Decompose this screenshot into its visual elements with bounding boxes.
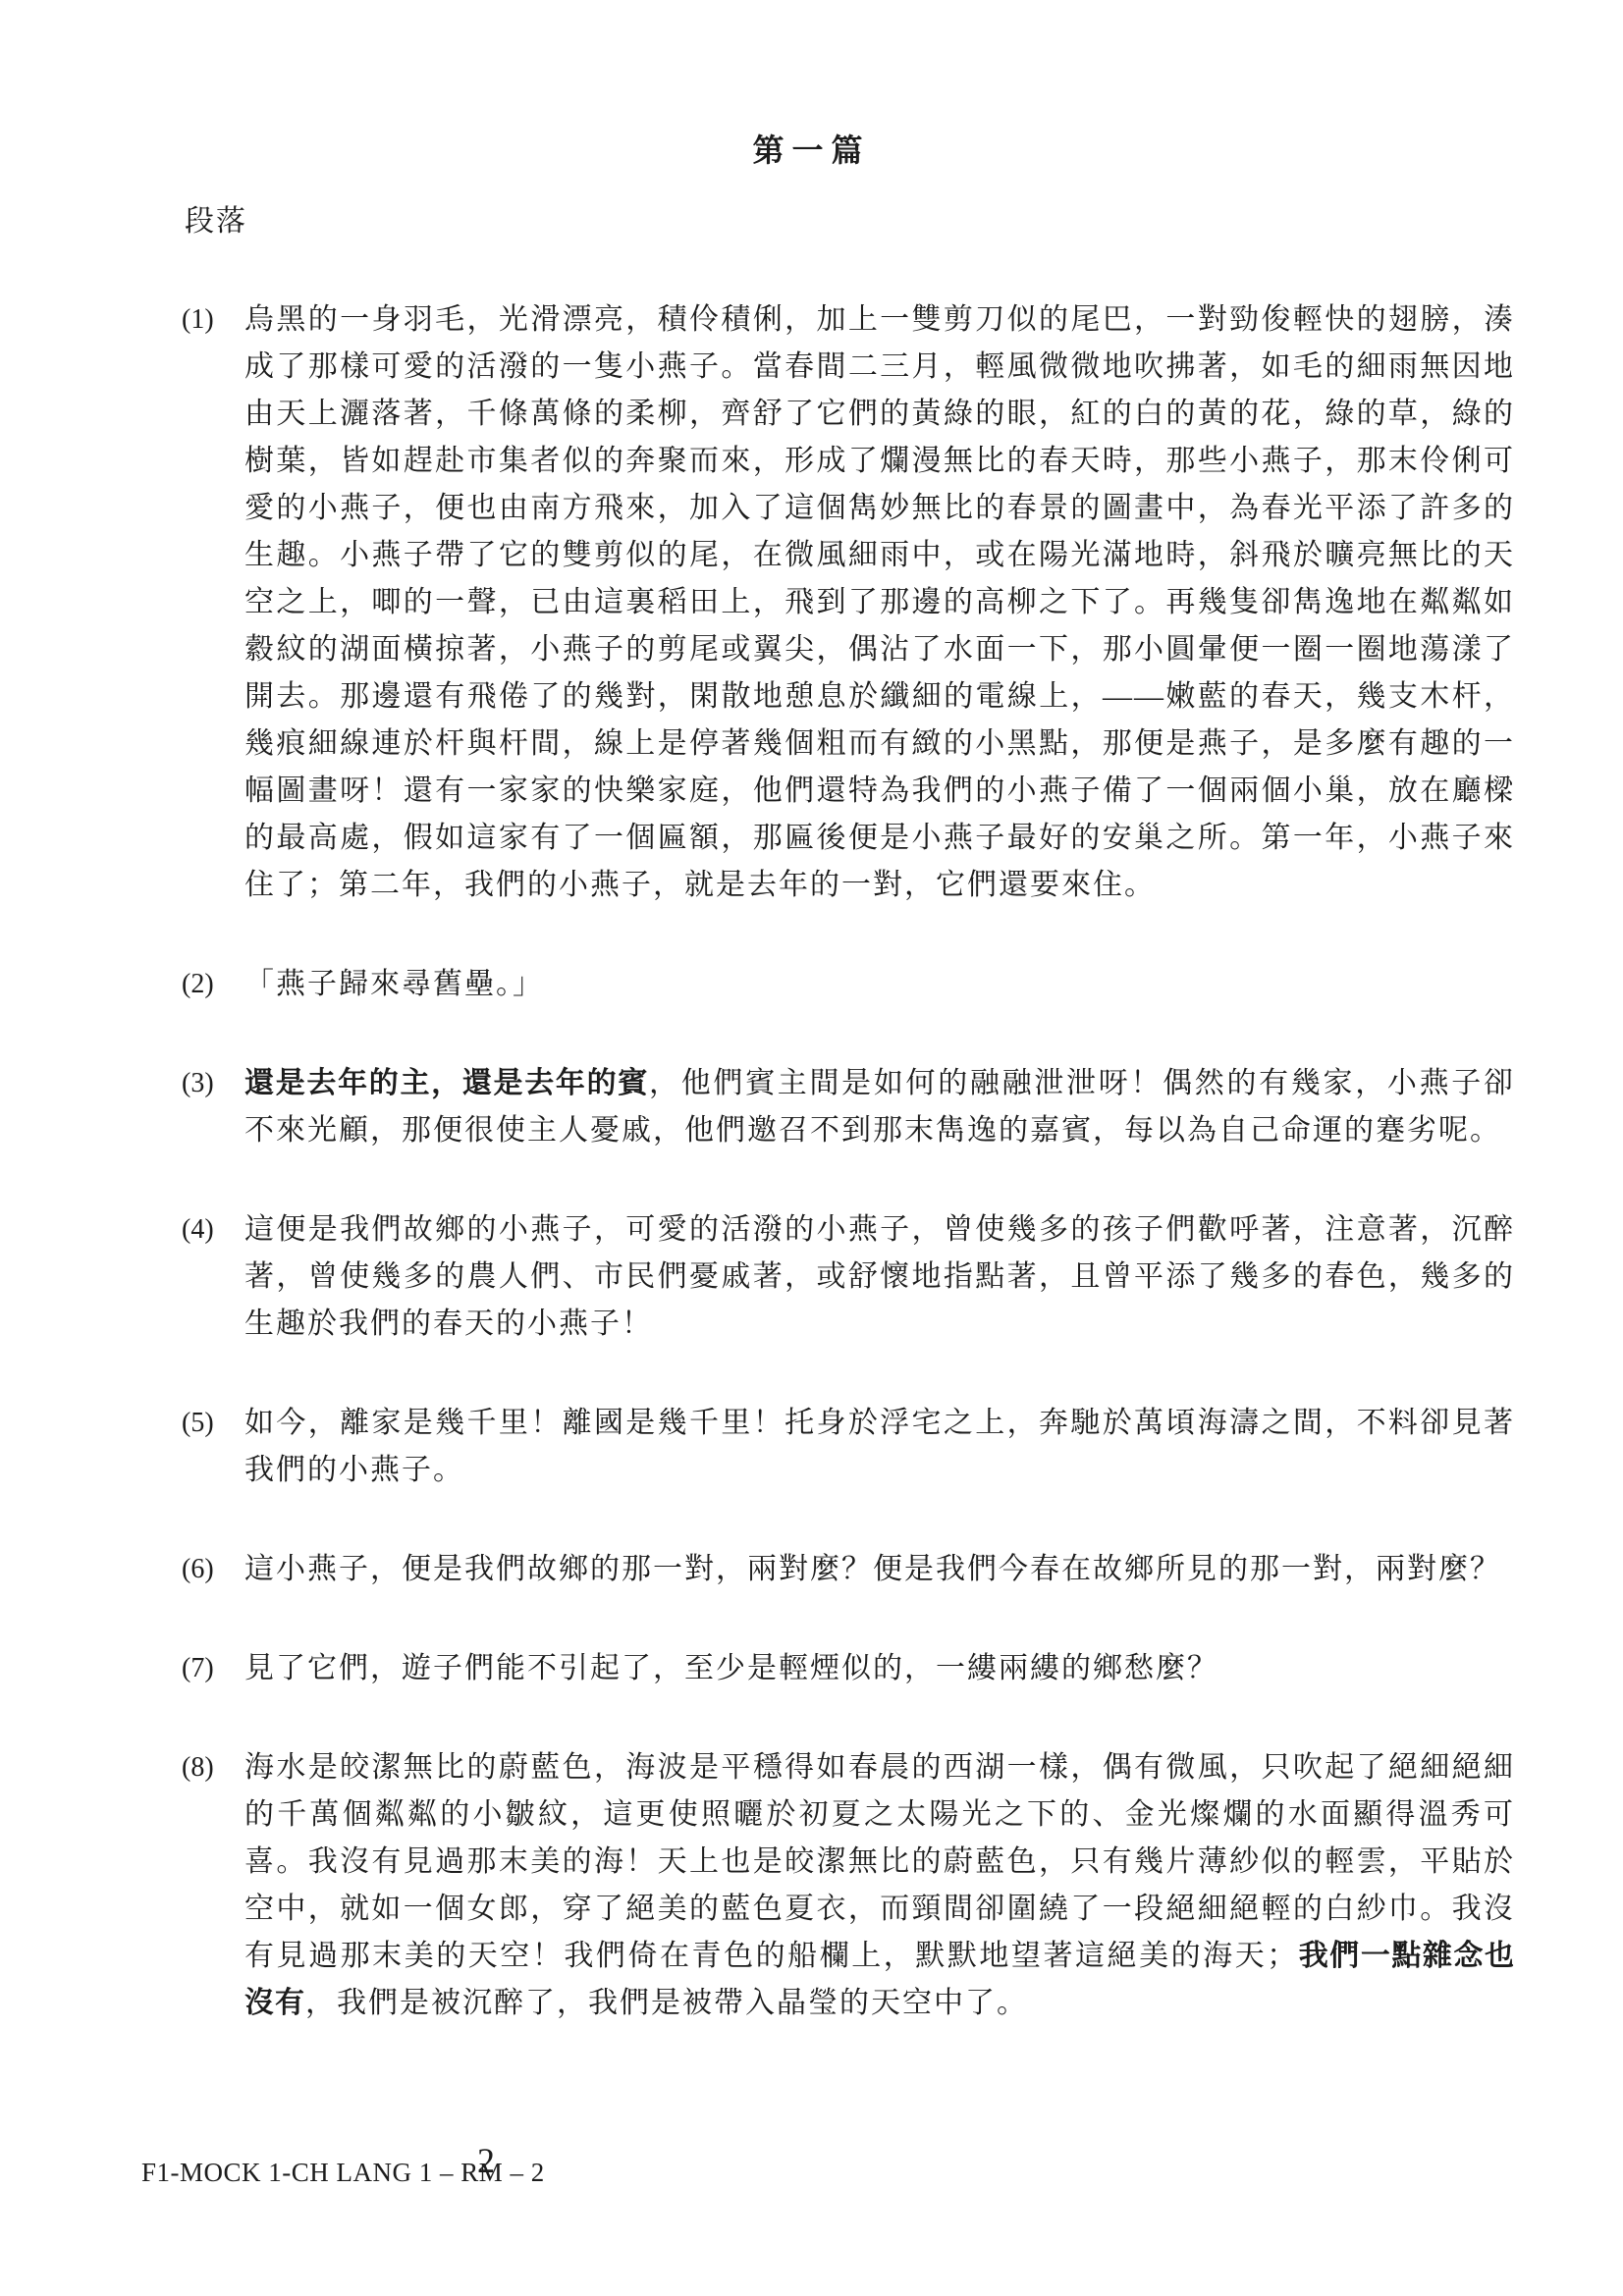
paragraph-text: 「燕子歸來尋舊壘。」 [244,961,1515,1008]
paragraph-text: 如今，離家是幾千里！離國是幾千里！托身於浮宅之上，奔馳於萬頃海濤之間，不料卻見著… [244,1400,1515,1494]
text-run: ，我們是被沉醉了，我們是被帶入晶瑩的天空中了。 [305,1987,1028,2019]
paragraph: (8)海水是皎潔無比的蔚藍色，海波是平穩得如春晨的西湖一樣，偶有微風，只吹起了絕… [182,1744,1515,2027]
paragraph-number: (3) [182,1060,244,1107]
paragraph-number: (2) [182,961,244,1008]
document-page: 第一篇 段落 (1)烏黑的一身羽毛，光滑漂亮，積伶積俐，加上一雙剪刀似的尾巴，一… [0,0,1623,2296]
text-run: 烏黑的一身羽毛，光滑漂亮，積伶積俐，加上一雙剪刀似的尾巴，一對勁俊輕快的翅膀，湊… [244,303,1515,901]
paragraph: (6)這小燕子，便是我們故鄉的那一對，兩對麼？便是我們今春在故鄉所見的那一對，兩… [182,1546,1515,1593]
paragraph-number: (7) [182,1645,244,1692]
paragraph: (2)「燕子歸來尋舊壘。」 [182,961,1515,1008]
section-label: 段落 [185,196,1623,240]
paragraph-text: 這小燕子，便是我們故鄉的那一對，兩對麼？便是我們今春在故鄉所見的那一對，兩對麼？ [244,1546,1515,1593]
text-run: 這便是我們故鄉的小燕子，可愛的活潑的小燕子，曾使幾多的孩子們歡呼著，注意著，沉醉… [244,1213,1515,1340]
bold-text-run: 還是去年的主，還是去年的賓 [244,1067,649,1099]
paragraph: (1)烏黑的一身羽毛，光滑漂亮，積伶積俐，加上一雙剪刀似的尾巴，一對勁俊輕快的翅… [182,296,1515,909]
paragraph-number: (4) [182,1206,244,1254]
paragraph: (7)見了它們，遊子們能不引起了，至少是輕煙似的，一縷兩縷的鄉愁麼？ [182,1645,1515,1692]
text-run: 見了它們，遊子們能不引起了，至少是輕煙似的，一縷兩縷的鄉愁麼？ [244,1652,1218,1684]
paragraph-text: 海水是皎潔無比的蔚藍色，海波是平穩得如春晨的西湖一樣，偶有微風，只吹起了絕細絕細… [244,1744,1515,2027]
footer-page-number: 2 [477,2140,495,2181]
page-title: 第一篇 [0,0,1623,171]
paragraph-text: 見了它們，遊子們能不引起了，至少是輕煙似的，一縷兩縷的鄉愁麼？ [244,1645,1515,1692]
paragraph: (4)這便是我們故鄉的小燕子，可愛的活潑的小燕子，曾使幾多的孩子們歡呼著，注意著… [182,1206,1515,1348]
paragraph-text: 這便是我們故鄉的小燕子，可愛的活潑的小燕子，曾使幾多的孩子們歡呼著，注意著，沉醉… [244,1206,1515,1348]
text-run: 「燕子歸來尋舊壘。」 [244,968,544,1000]
paragraph-list: (1)烏黑的一身羽毛，光滑漂亮，積伶積俐，加上一雙剪刀似的尾巴，一對勁俊輕快的翅… [0,296,1623,2027]
paragraph: (3)還是去年的主，還是去年的賓，他們賓主間是如何的融融泄泄呀！偶然的有幾家，小… [182,1060,1515,1154]
paragraph-number: (5) [182,1400,244,1447]
paragraph-number: (8) [182,1744,244,1791]
paragraph-number: (1) [182,296,244,344]
paragraph-number: (6) [182,1546,244,1593]
paragraph: (5)如今，離家是幾千里！離國是幾千里！托身於浮宅之上，奔馳於萬頃海濤之間，不料… [182,1400,1515,1494]
paragraph-text: 烏黑的一身羽毛，光滑漂亮，積伶積俐，加上一雙剪刀似的尾巴，一對勁俊輕快的翅膀，湊… [244,296,1515,909]
paragraph-text: 還是去年的主，還是去年的賓，他們賓主間是如何的融融泄泄呀！偶然的有幾家，小燕子卻… [244,1060,1515,1154]
text-run: 如今，離家是幾千里！離國是幾千里！托身於浮宅之上，奔馳於萬頃海濤之間，不料卻見著… [244,1407,1515,1486]
text-run: 這小燕子，便是我們故鄉的那一對，兩對麼？便是我們今春在故鄉所見的那一對，兩對麼？ [244,1553,1501,1585]
